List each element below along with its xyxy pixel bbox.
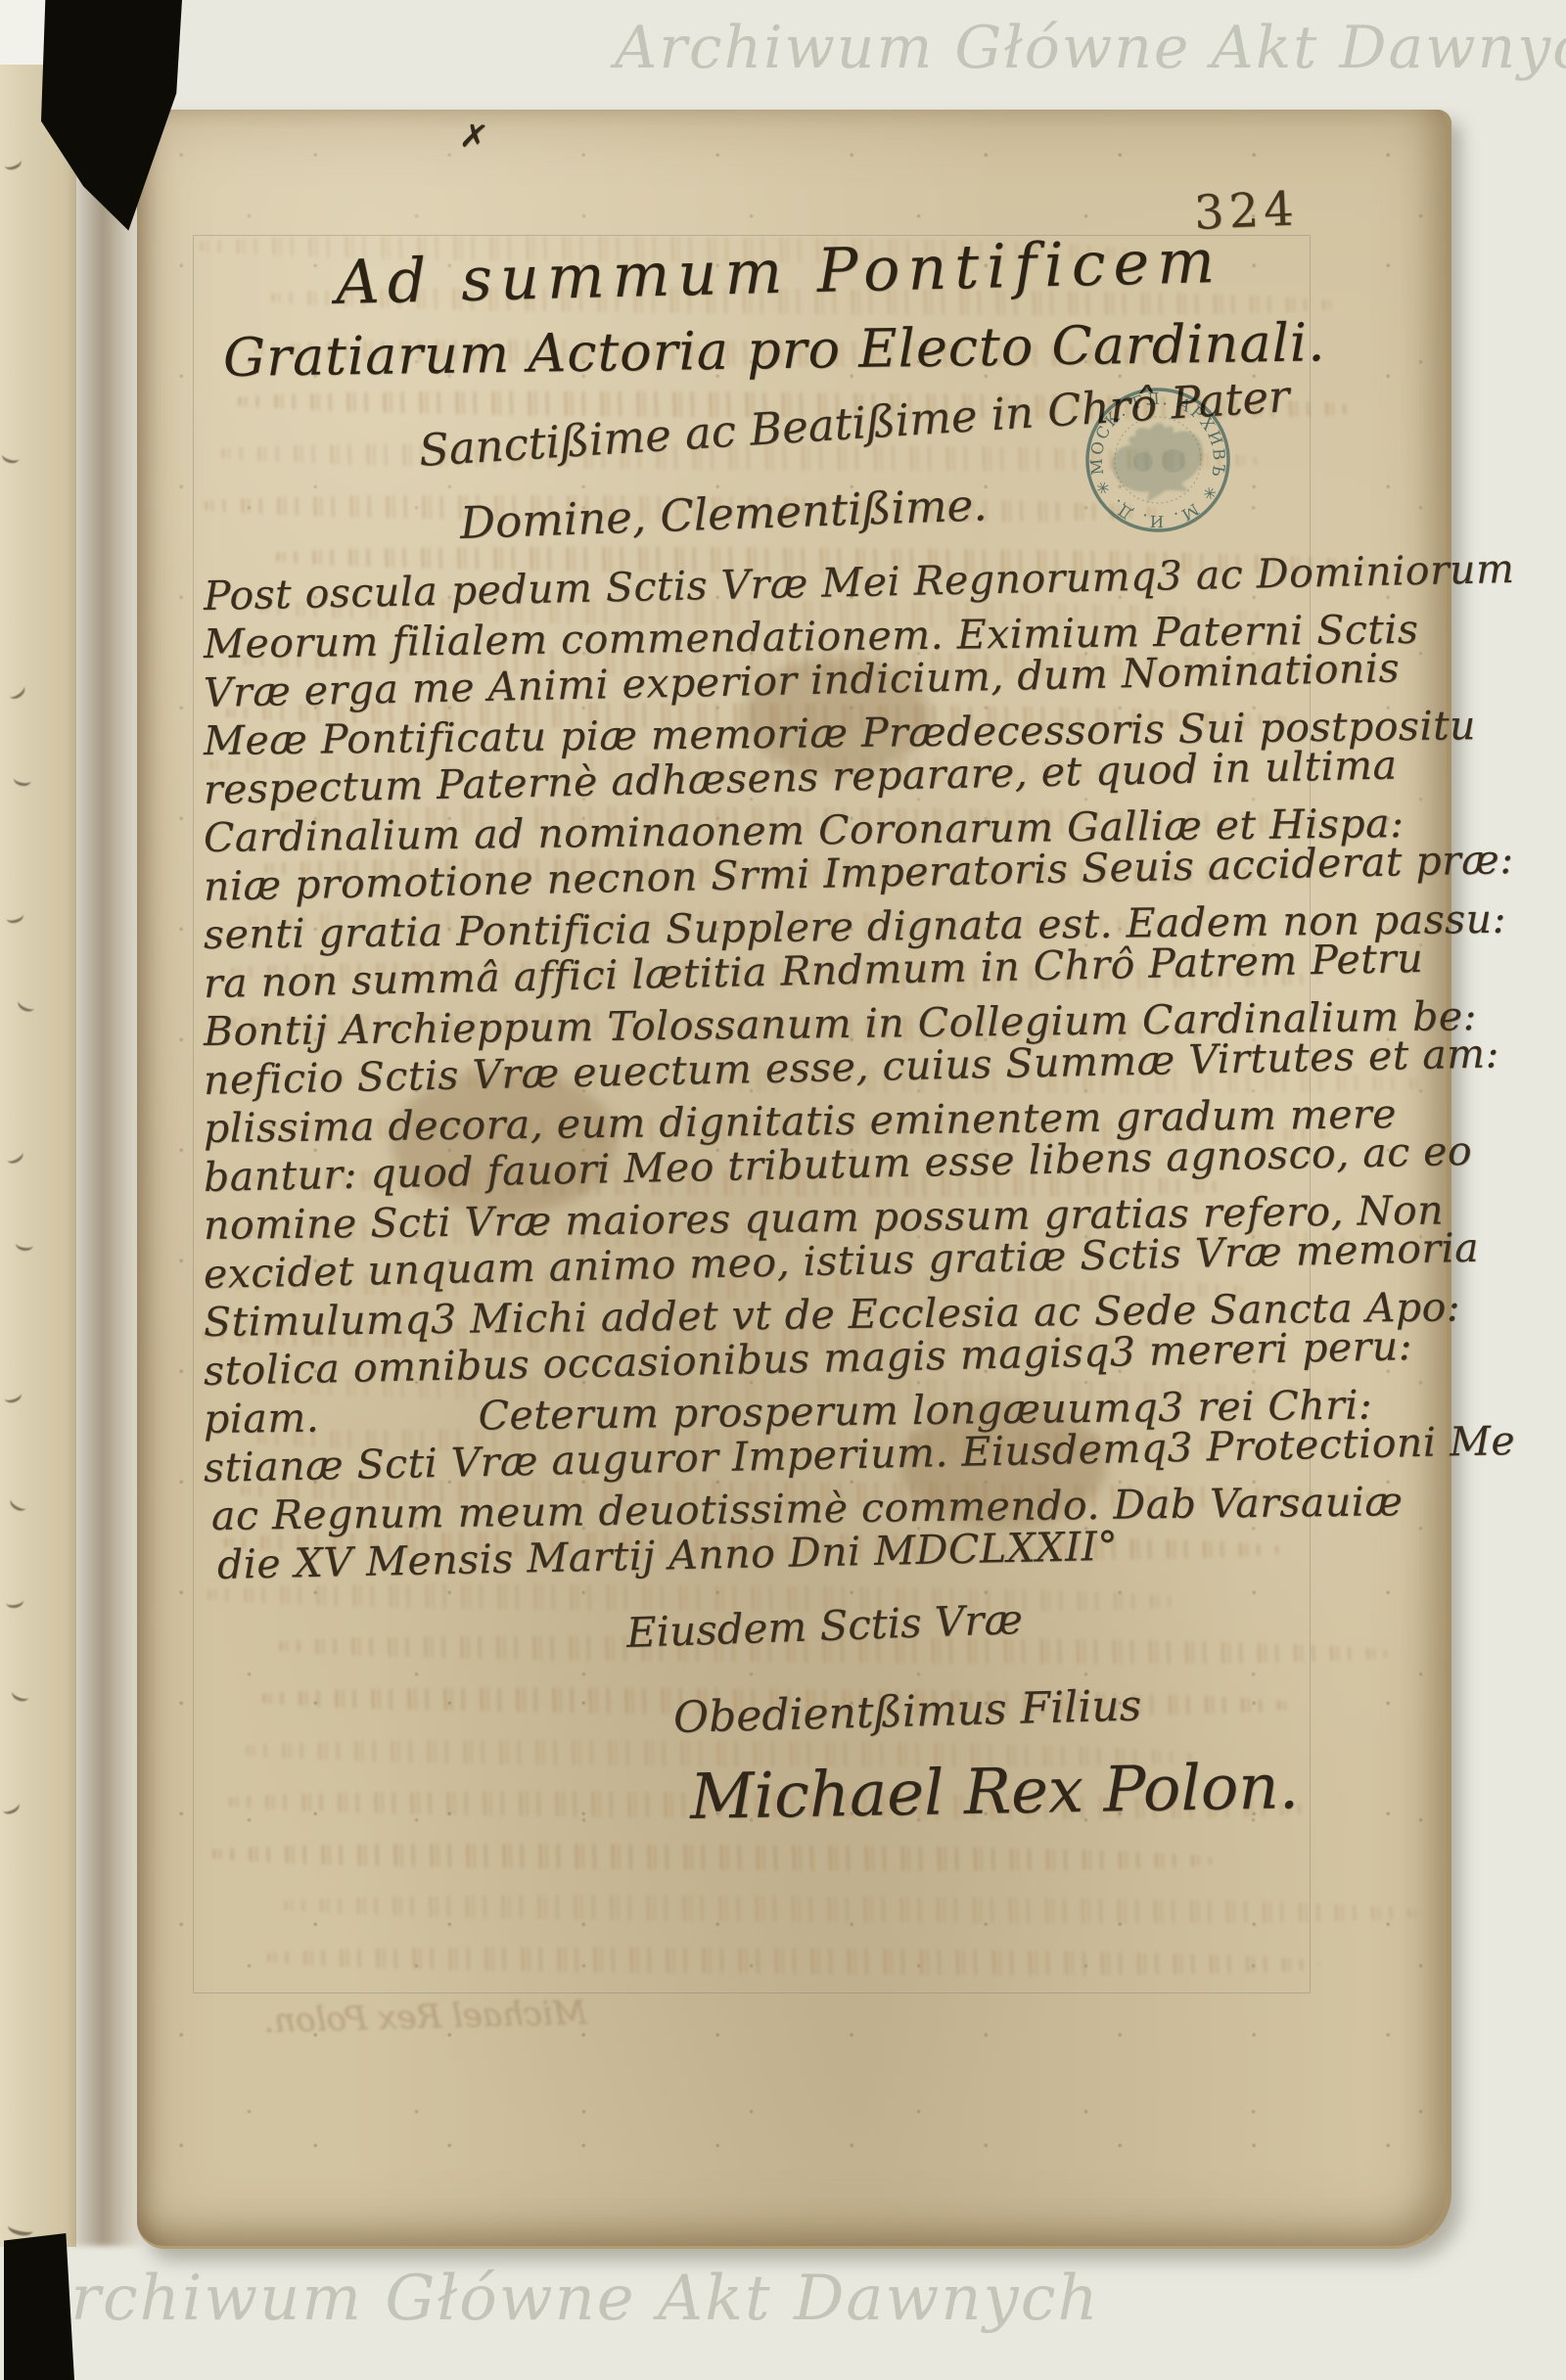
paper-tab [0, 0, 45, 65]
collation-cross-mark: ✗ [457, 115, 490, 159]
ink-fragment [7, 2219, 34, 2237]
ink-fragment [0, 1798, 22, 1816]
archive-watermark-top: Archiwum Główne Akt Dawnych [615, 14, 1566, 82]
archive-watermark-bottom: Archiwum Główne Akt Dawnych [23, 2263, 1100, 2335]
ink-fragment [5, 1594, 24, 1610]
ink-fragment [16, 995, 37, 1014]
ink-fragment [10, 1685, 30, 1703]
royal-signature: Michael Rex Polon. [689, 1751, 1299, 1834]
ink-fragment [6, 681, 27, 702]
ink-fragment [13, 772, 32, 788]
ink-fragment [15, 1237, 34, 1252]
bleed-row [261, 1945, 1319, 1978]
ink-fragment [1, 448, 22, 465]
double-headed-eagle-icon [1104, 414, 1213, 509]
facing-page-edge [0, 59, 76, 2247]
ink-fragment [2, 154, 23, 171]
bleed-row [207, 1841, 1212, 1873]
ink-fragment [4, 1147, 25, 1167]
ink-fragment [2, 1388, 23, 1405]
book-clamp-bottom [4, 2233, 74, 2380]
ink-fragment [8, 1493, 29, 1513]
manuscript-page: ✗ 324 Ad summum Pontificem Gratiarum Act… [137, 110, 1451, 2249]
ink-fragment [5, 908, 25, 925]
bleed-row [278, 1893, 1417, 1926]
gutter-shadow [69, 93, 145, 2246]
